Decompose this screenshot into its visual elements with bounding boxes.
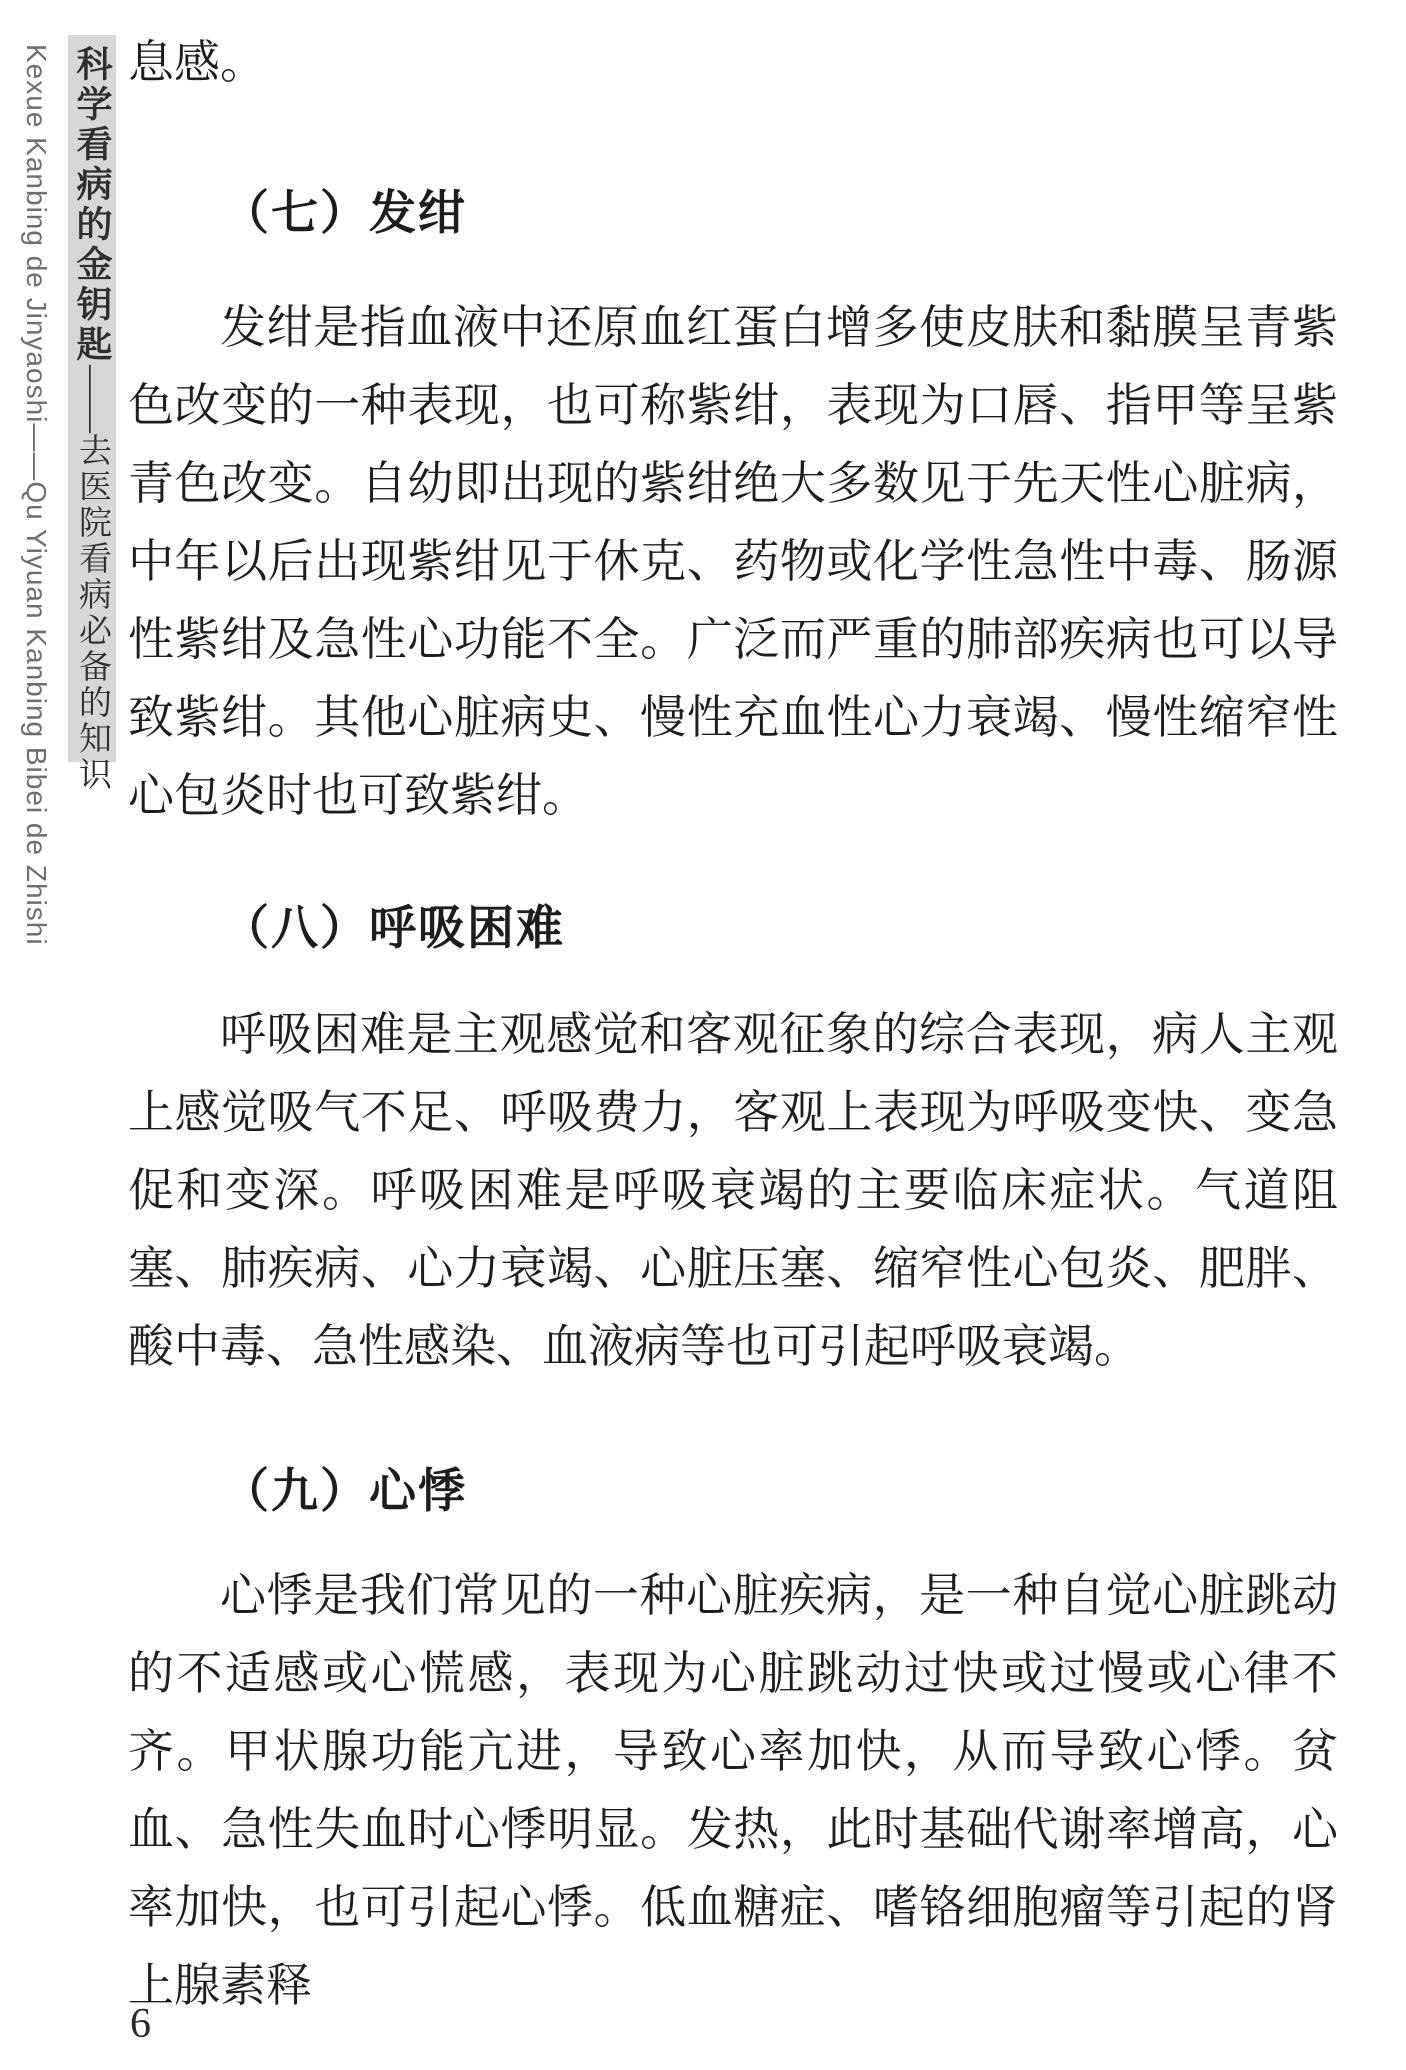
carryover-text: 息感。	[128, 24, 1338, 102]
sidebar-title-subtitle: 去医院看病必备的知识	[74, 433, 110, 793]
sidebar-pinyin-title: Kexue Kanbing de Jinyaoshi——Qu Yiyuan Ka…	[20, 44, 52, 946]
sidebar-title-calligraphy: 科学看病的金钥匙	[72, 45, 112, 365]
section-paragraph-dyspnea: 呼吸困难是主观感觉和客观征象的综合表现，病人主观上感觉吸气不足、呼吸费力，客观上…	[128, 996, 1338, 1386]
section-paragraph-cyanosis: 发绀是指血液中还原血红蛋白增多使皮肤和黏膜呈青紫色改变的一种表现，也可称紫绀，表…	[128, 289, 1338, 835]
section-heading-palpitation: （九）心悸	[128, 1462, 1338, 1522]
page-number: 6	[130, 2000, 151, 2048]
section-paragraph-palpitation: 心悸是我们常见的一种心脏疾病，是一种自觉心脏跳动的不适感或心慌感，表现为心脏跳动…	[128, 1557, 1338, 2025]
sidebar-title-dash: ——	[74, 365, 111, 433]
sidebar-title-strip: 科学看病的金钥匙——去医院看病必备的知识	[68, 35, 116, 762]
section-heading-dyspnea: （八）呼吸困难	[128, 899, 1338, 959]
section-heading-cyanosis: （七）发绀	[128, 184, 1338, 244]
